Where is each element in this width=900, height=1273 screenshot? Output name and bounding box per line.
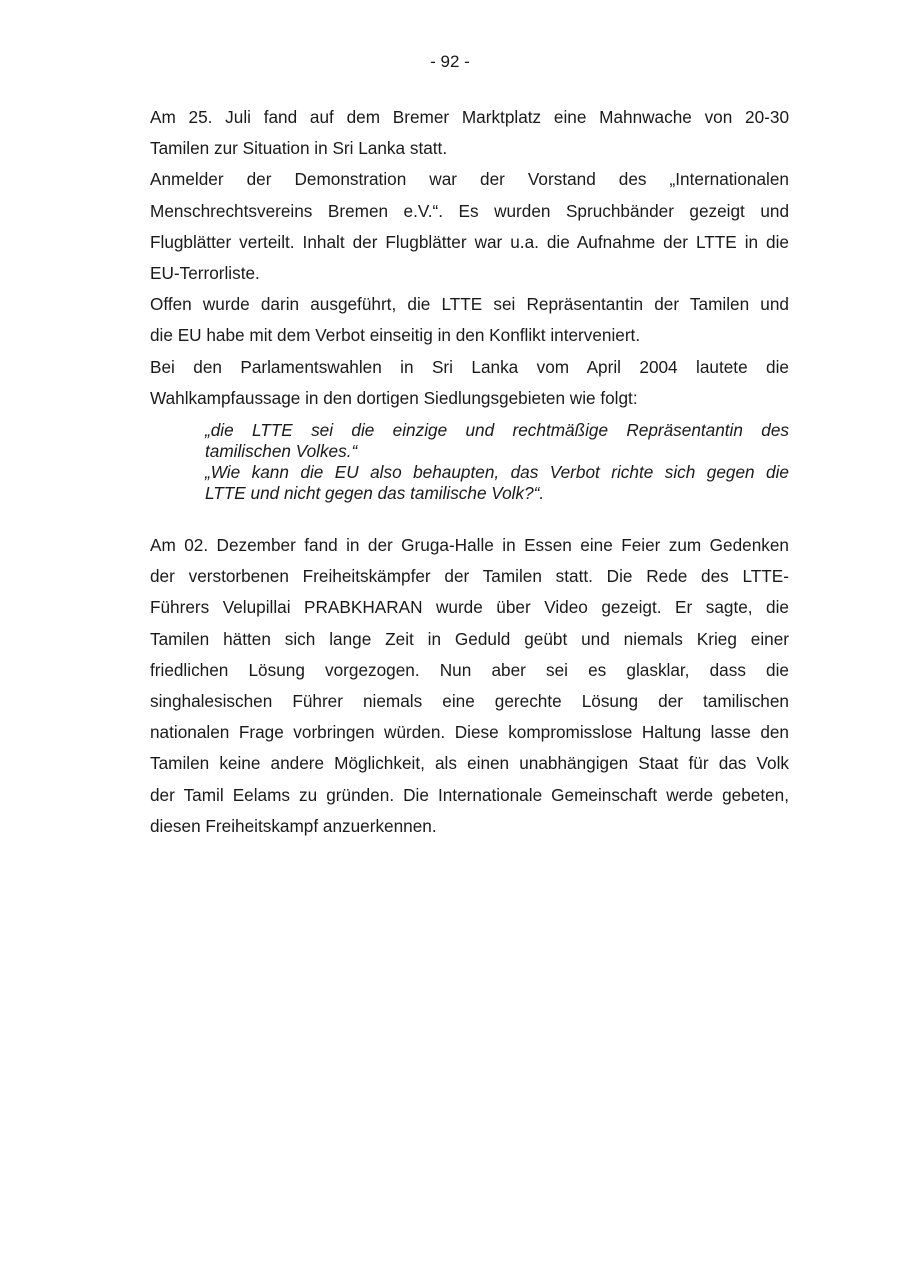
- paragraph-bremen-vigil: Am 25. Juli fand auf dem Bremer Marktpla…: [150, 102, 789, 414]
- text-line: Menschrechtsvereins Bremen e.V.“. Es wur…: [150, 196, 789, 227]
- text-line: Wahlkampfaussage in den dortigen Siedlun…: [150, 383, 789, 414]
- text-line: tamilischen Volkes.“: [205, 441, 789, 462]
- text-line: Tamilen zur Situation in Sri Lanka statt…: [150, 133, 789, 164]
- page-number: - 92 -: [0, 52, 900, 72]
- text-line: Am 02. Dezember fand in der Gruga-Halle …: [150, 530, 789, 561]
- text-line: der Tamil Eelams zu gründen. Die Interna…: [150, 780, 789, 811]
- paragraph-essen-commemoration: Am 02. Dezember fand in der Gruga-Halle …: [150, 530, 789, 842]
- text-line: Flugblätter verteilt. Inhalt der Flugblä…: [150, 227, 789, 258]
- text-line: Bei den Parlamentswahlen in Sri Lanka vo…: [150, 352, 789, 383]
- text-line: „die LTTE sei die einzige und rechtmäßig…: [205, 420, 789, 441]
- text-line: die EU habe mit dem Verbot einseitig in …: [150, 320, 789, 351]
- text-line: diesen Freiheitskampf anzuerkennen.: [150, 811, 789, 842]
- text-line: nationalen Frage vorbringen würden. Dies…: [150, 717, 789, 748]
- text-line: Tamilen keine andere Möglichkeit, als ei…: [150, 748, 789, 779]
- text-line: Offen wurde darin ausgeführt, die LTTE s…: [150, 289, 789, 320]
- block-quote-campaign-statements: „die LTTE sei die einzige und rechtmäßig…: [205, 420, 789, 504]
- text-line: Führers Velupillai PRABKHARAN wurde über…: [150, 592, 789, 623]
- text-line: EU-Terrorliste.: [150, 258, 789, 289]
- text-line: singhalesischen Führer niemals eine gere…: [150, 686, 789, 717]
- text-line: Am 25. Juli fand auf dem Bremer Marktpla…: [150, 102, 789, 133]
- text-line: LTTE und nicht gegen das tamilische Volk…: [205, 483, 789, 504]
- text-line: Tamilen hätten sich lange Zeit in Geduld…: [150, 624, 789, 655]
- text-line: „Wie kann die EU also behaupten, das Ver…: [205, 462, 789, 483]
- text-line: Anmelder der Demonstration war der Vorst…: [150, 164, 789, 195]
- text-line: der verstorbenen Freiheitskämpfer der Ta…: [150, 561, 789, 592]
- text-line: friedlichen Lösung vorgezogen. Nun aber …: [150, 655, 789, 686]
